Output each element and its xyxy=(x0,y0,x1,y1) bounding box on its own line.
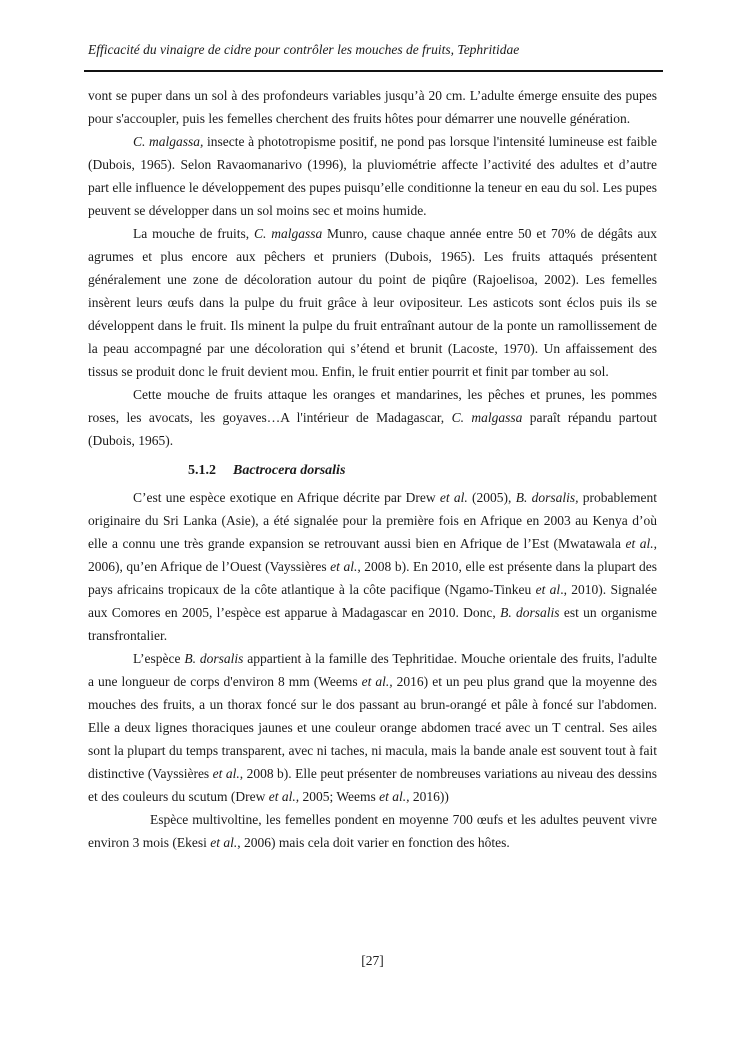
text-run: et al., xyxy=(379,789,409,804)
text-run: La mouche de fruits, xyxy=(133,226,254,241)
text-run: 2016)) xyxy=(409,789,448,804)
page-footer: [27] xyxy=(0,953,745,969)
text-run: et al., xyxy=(362,674,393,689)
paragraph: La mouche de fruits, C. malgassa Munro, … xyxy=(88,222,657,383)
section-number: 5.1.2 xyxy=(188,463,216,478)
text-run: 2016) et un peu plus grand que la moyenn… xyxy=(88,674,657,781)
document-page: Efficacité du vinaigre de cidre pour con… xyxy=(0,0,745,1053)
text-run: C’est une espèce exotique en Afrique déc… xyxy=(133,490,440,505)
text-run: et al. xyxy=(440,490,468,505)
paragraph: L’espèce B. dorsalis appartient à la fam… xyxy=(88,647,657,808)
text-run: et al xyxy=(536,582,561,597)
running-header: Efficacité du vinaigre de cidre pour con… xyxy=(88,41,657,58)
text-run: (2005), xyxy=(468,490,516,505)
paragraph: C’est une espèce exotique en Afrique déc… xyxy=(88,486,657,647)
paragraph: vont se puper dans un sol à des profonde… xyxy=(88,84,657,130)
text-run: Munro, cause chaque année entre 50 et 70… xyxy=(88,226,657,379)
running-header-title: Efficacité du vinaigre de cidre pour con… xyxy=(88,42,519,57)
page-body: vont se puper dans un sol à des profonde… xyxy=(88,84,657,854)
text-run: B. dorsalis xyxy=(500,605,559,620)
text-run: 2005; Weems xyxy=(299,789,379,804)
page-number: [27] xyxy=(361,953,384,968)
text-run: C. malgassa xyxy=(254,226,322,241)
paragraph: Espèce multivoltine, les femelles ponden… xyxy=(88,808,657,854)
header-rule xyxy=(84,70,663,72)
text-run: vont se puper dans un sol à des profonde… xyxy=(88,88,657,126)
text-run: , 2006) mais cela doit varier en fonctio… xyxy=(237,835,510,850)
paragraph: Cette mouche de fruits attaque les orang… xyxy=(88,383,657,452)
section-title: Bactrocera dorsalis xyxy=(233,463,345,478)
section-heading: 5.1.2Bactrocera dorsalis xyxy=(188,459,657,482)
text-run: et al. xyxy=(330,559,357,574)
text-run: et al. xyxy=(210,835,237,850)
text-run: B. dorsalis, xyxy=(516,490,579,505)
text-run: L’espèce xyxy=(133,651,184,666)
text-run: C. malgassa xyxy=(452,410,523,425)
text-run: C. malgassa, xyxy=(133,134,203,149)
paragraph: C. malgassa, insecte à phototropisme pos… xyxy=(88,130,657,222)
text-run: B. dorsalis xyxy=(184,651,243,666)
text-run: et al. xyxy=(213,766,240,781)
text-run: et al. xyxy=(626,536,654,551)
text-run: et al., xyxy=(269,789,299,804)
